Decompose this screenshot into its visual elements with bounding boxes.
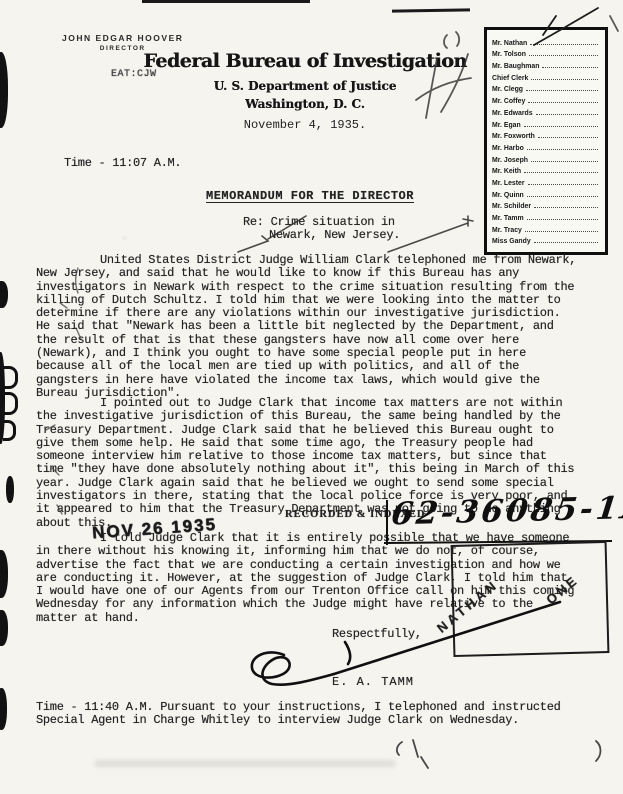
routing-name: Mr. Nathan: [492, 40, 527, 47]
closing-line: Respectfully,: [332, 628, 422, 641]
routing-name: Mr. Coffey: [492, 98, 525, 105]
dotted-leader: [527, 196, 598, 197]
scan-blot: [4, 392, 18, 415]
re-line-1: Re: Crime situation in: [243, 216, 400, 229]
bureau-name: Federal Bureau of Investigation: [120, 50, 490, 72]
dotted-leader: [542, 67, 598, 68]
letterhead-masthead: Federal Bureau of Investigation U. S. De…: [120, 50, 490, 132]
routing-stamp-row: Mr. Nathan: [492, 35, 601, 47]
dotted-leader: [531, 161, 598, 162]
routing-name: Mr. Foxworth: [492, 133, 535, 140]
routing-name: Mr. Tamm: [492, 215, 524, 222]
routing-stamp-row: Miss Gandy: [492, 234, 601, 246]
routing-destination-box: NATHAN ONE: [451, 541, 610, 657]
routing-stamp-row: Mr. Baughman: [492, 58, 601, 70]
routing-stamp-row: Mr. Harbo: [492, 140, 601, 152]
scan-blot: [4, 366, 18, 389]
dotted-leader: [529, 55, 598, 56]
routing-name: Mr. Schilder: [492, 203, 531, 210]
routing-name: Mr. Clegg: [492, 86, 523, 93]
signer-name: E. A. TAMM: [332, 676, 414, 689]
re-block: Re: Crime situation in Newark, New Jerse…: [243, 216, 400, 243]
director-name: JOHN EDGAR HOOVER: [62, 33, 183, 43]
routing-name: Mr. Tolson: [492, 51, 526, 58]
city-line: Washington, D. C.: [120, 97, 490, 111]
routing-name: Mr. Quinn: [492, 192, 524, 199]
scan-blot: [0, 281, 8, 308]
routing-name: Miss Gandy: [492, 238, 531, 245]
routing-stamp-row: Mr. Tolson: [492, 47, 601, 59]
memo-heading: MEMORANDUM FOR THE DIRECTOR: [150, 190, 470, 203]
routing-stamp-row: Mr. Edwards: [492, 105, 601, 117]
scan-blot: [0, 688, 7, 730]
postscript: Time - 11:40 A.M. Pursuant to your instr…: [36, 701, 586, 728]
routing-stamp-box: Mr. Nathan Mr. Tolson Mr. Baughman Chief…: [484, 27, 608, 255]
routing-name: Mr. Harbo: [492, 145, 524, 152]
routing-name: Mr. Edwards: [492, 110, 533, 117]
dotted-leader: [536, 114, 598, 115]
routing-stamp-row: Mr. Foxworth: [492, 129, 601, 141]
routing-stamp-row: Mr. Clegg: [492, 82, 601, 94]
routing-name: Mr. Lester: [492, 180, 525, 187]
scan-blot: [3, 420, 16, 441]
routing-stamp-row: Mr. Lester: [492, 175, 601, 187]
dotted-leader: [528, 184, 598, 185]
dotted-leader: [525, 231, 598, 232]
dotted-leader: [530, 44, 598, 45]
department-name: U. S. Department of Justice: [120, 79, 490, 93]
routing-stamp-row: Mr. Tracy: [492, 222, 601, 234]
dotted-leader: [527, 149, 598, 150]
scan-streak: [392, 8, 470, 12]
re-line-2: Newark, New Jersey.: [269, 229, 400, 242]
routing-stamp-row: Mr. Tamm: [492, 210, 601, 222]
handwritten-file-number: 62-36085-1X: [390, 490, 623, 533]
routing-name: Mr. Egan: [492, 122, 521, 129]
memo-date: November 4, 1935.: [120, 118, 490, 132]
routing-name: Mr. Keith: [492, 168, 521, 175]
dotted-leader: [524, 126, 598, 127]
dotted-leader: [528, 102, 598, 103]
scan-smudge: [95, 760, 395, 767]
pencil-mark: [397, 740, 601, 768]
dotted-leader: [531, 79, 598, 80]
routing-name: Chief Clerk: [492, 75, 528, 82]
file-number-tick: [386, 500, 388, 545]
dotted-leader: [534, 242, 598, 243]
routing-stamp-row: Mr. Keith: [492, 164, 601, 176]
routing-stamp-row: Mr. Joseph: [492, 152, 601, 164]
routing-stamp-row: Mr. Egan: [492, 117, 601, 129]
scan-blot: [6, 476, 14, 503]
scanned-memo-page: JOHN EDGAR HOOVER DIRECTOR EAT:CJW Feder…: [0, 0, 623, 794]
routing-stamp-row: Mr. Quinn: [492, 187, 601, 199]
scan-blot: [0, 550, 8, 598]
dotted-leader: [538, 137, 598, 138]
routing-name: Mr. Joseph: [492, 157, 528, 164]
time-line: Time - 11:07 A.M.: [64, 157, 181, 170]
routing-stamp-row: Chief Clerk: [492, 70, 601, 82]
dotted-leader: [534, 207, 598, 208]
scan-blot: [0, 52, 8, 128]
dotted-leader: [524, 172, 598, 173]
scan-streak: [142, 0, 310, 3]
routed-note-stamp: ONE: [543, 572, 581, 607]
paragraph-1: United States District Judge William Cla…: [36, 254, 581, 400]
dotted-leader: [526, 90, 598, 91]
scan-blot: [0, 610, 8, 646]
routing-stamp-row: Mr. Schilder: [492, 199, 601, 211]
dotted-leader: [527, 219, 598, 220]
routing-stamp-row: Mr. Coffey: [492, 93, 601, 105]
routing-name: Mr. Tracy: [492, 227, 522, 234]
routing-name: Mr. Baughman: [492, 63, 539, 70]
